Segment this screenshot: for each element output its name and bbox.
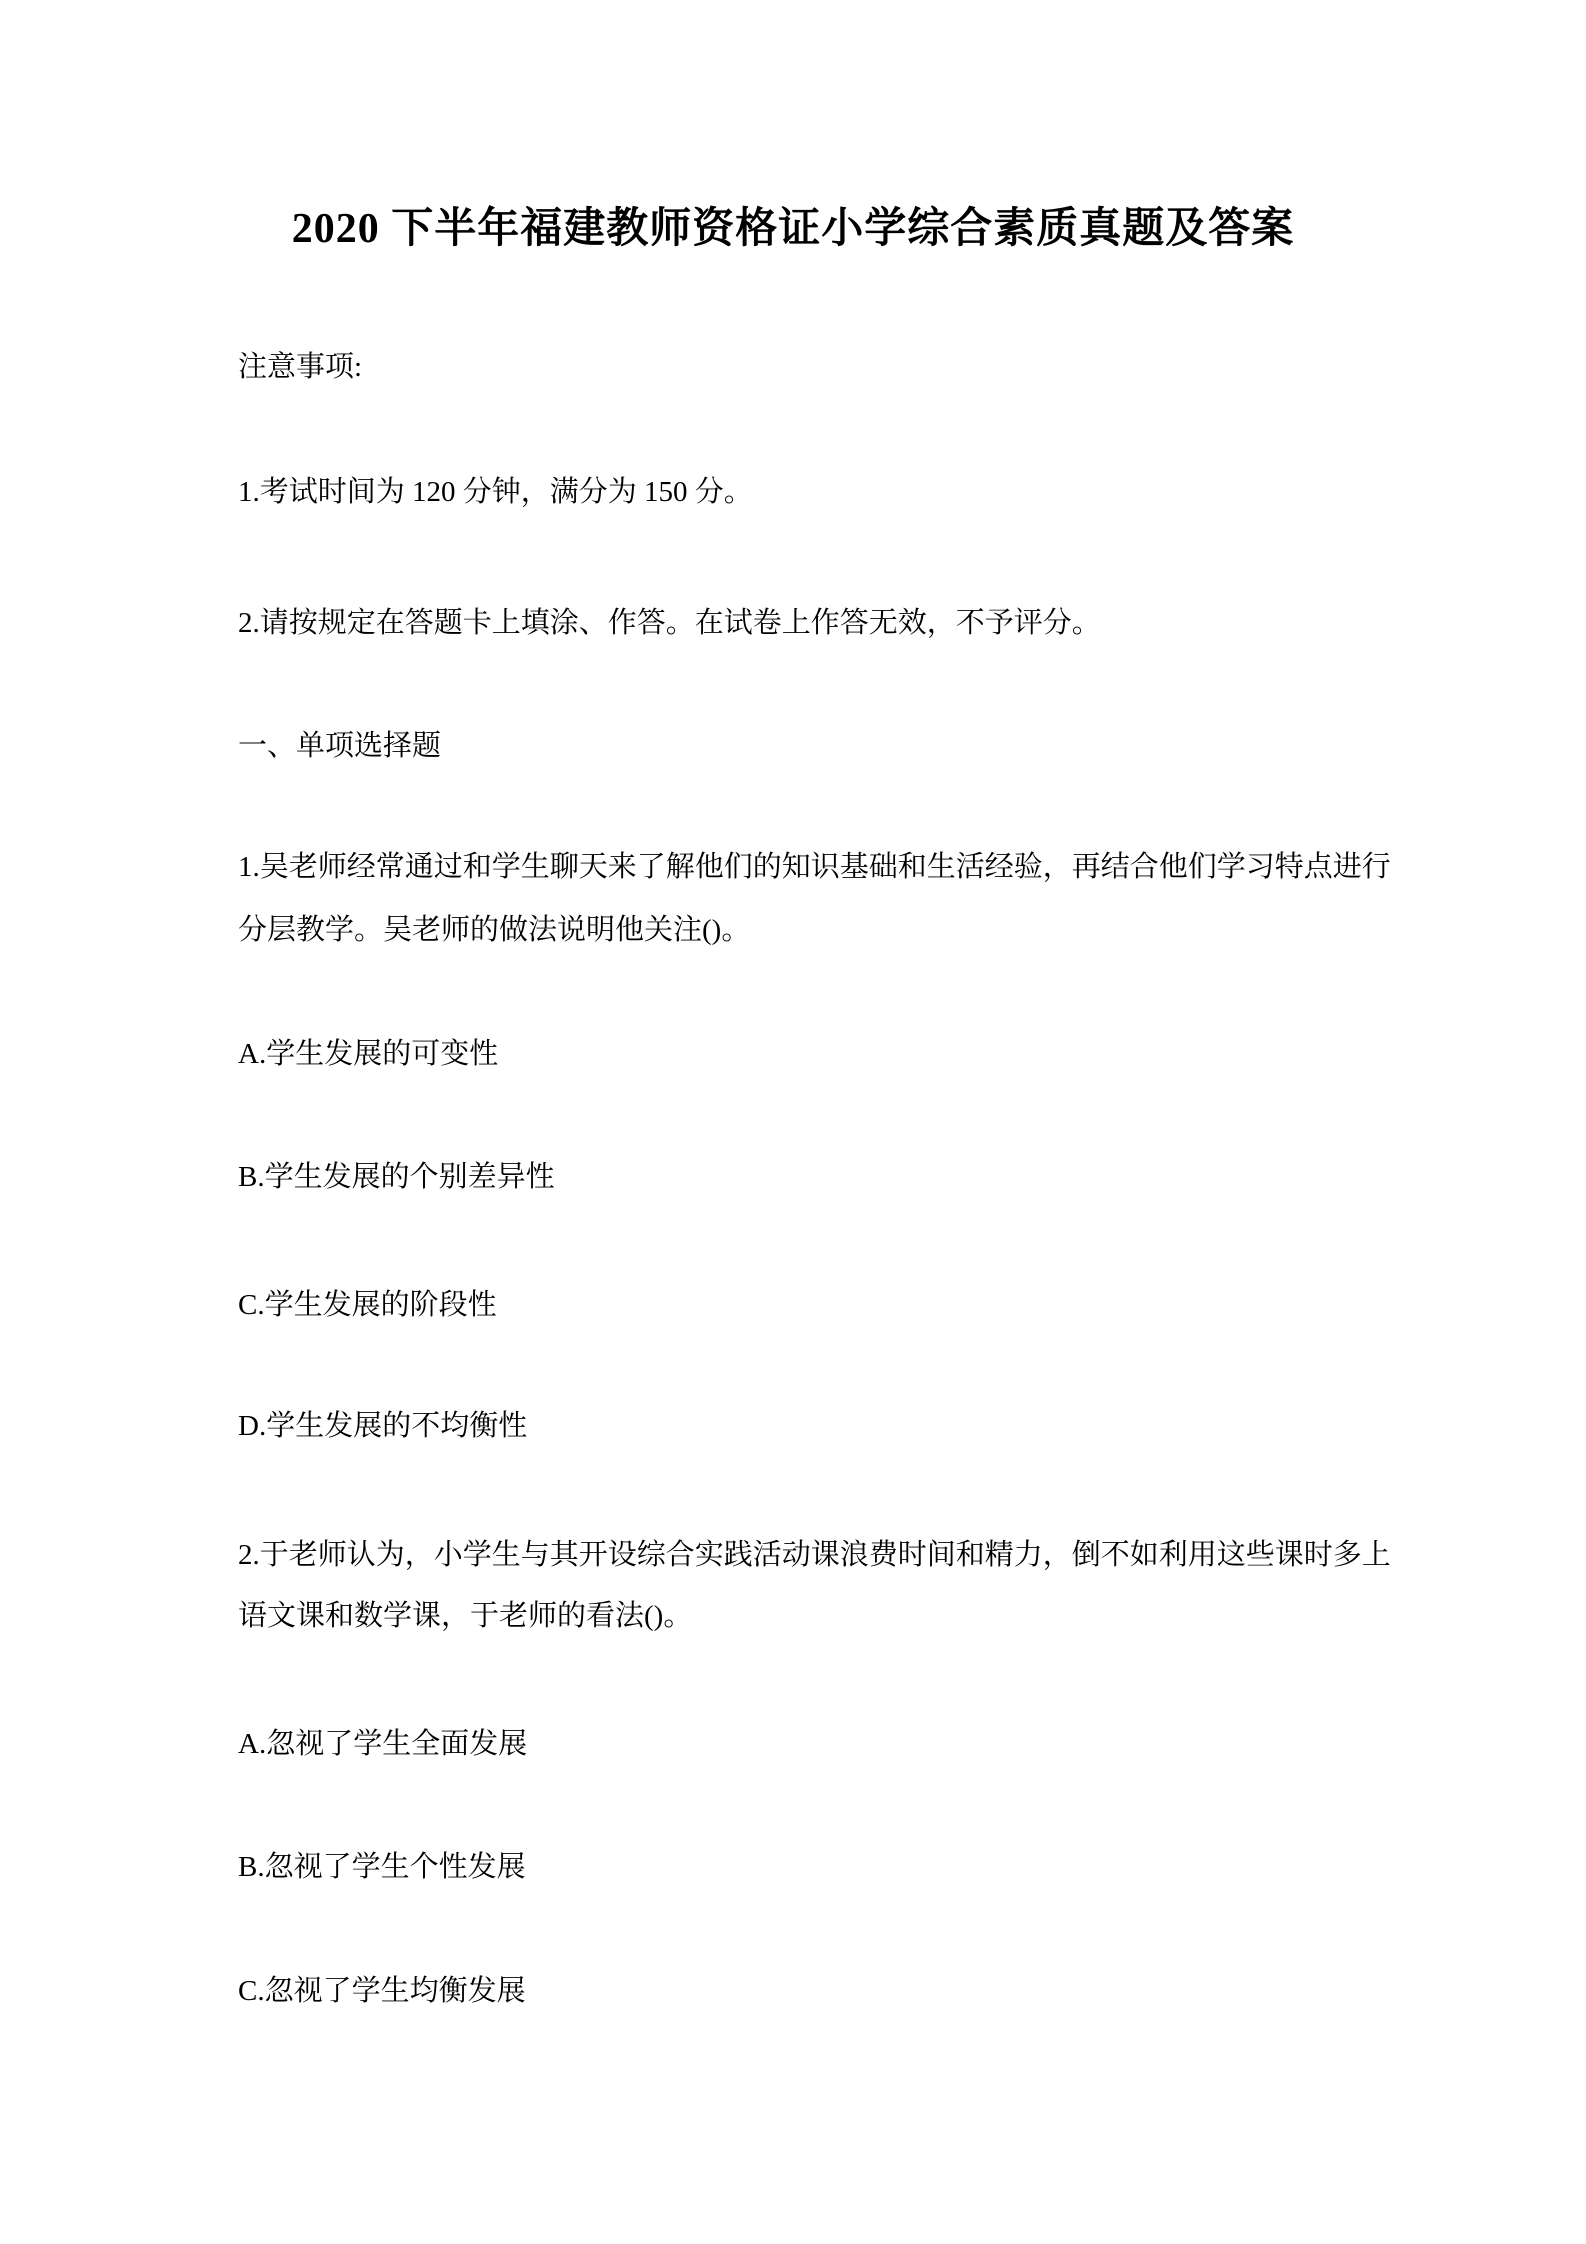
question-1-option-b: B.学生发展的个别差异性 bbox=[238, 1161, 555, 1194]
question-2-option-a: A.忽视了学生全面发展 bbox=[238, 1728, 527, 1761]
notice-item-2: 2.请按规定在答题卡上填涂、作答。在试卷上作答无效，不予评分。 bbox=[238, 607, 1101, 640]
question-1-stem-line-1: 1.吴老师经常通过和学生聊天来了解他们的知识基础和生活经验，再结合他们学习特点进… bbox=[238, 851, 1391, 884]
question-1-option-a: A.学生发展的可变性 bbox=[238, 1038, 498, 1071]
question-2-stem-line-1: 2.于老师认为，小学生与其开设综合实践活动课浪费时间和精力，倒不如利用这些课时多… bbox=[238, 1539, 1391, 1572]
question-2-option-b: B.忽视了学生个性发展 bbox=[238, 1851, 526, 1884]
page-title: 2020 下半年福建教师资格证小学综合素质真题及答案 bbox=[0, 204, 1586, 254]
notice-heading: 注意事项: bbox=[238, 351, 362, 384]
section-heading: 一、单项选择题 bbox=[238, 730, 441, 763]
document-page: 2020 下半年福建教师资格证小学综合素质真题及答案 注意事项: 1.考试时间为… bbox=[0, 0, 1586, 2244]
notice-item-1: 1.考试时间为 120 分钟，满分为 150 分。 bbox=[238, 476, 753, 509]
question-1-option-d: D.学生发展的不均衡性 bbox=[238, 1410, 527, 1443]
question-2-stem-line-2: 语文课和数学课，于老师的看法()。 bbox=[238, 1600, 692, 1633]
question-1-option-c: C.学生发展的阶段性 bbox=[238, 1289, 497, 1322]
question-2-option-c: C.忽视了学生均衡发展 bbox=[238, 1975, 526, 2008]
question-1-stem-line-2: 分层教学。吴老师的做法说明他关注()。 bbox=[238, 914, 750, 947]
